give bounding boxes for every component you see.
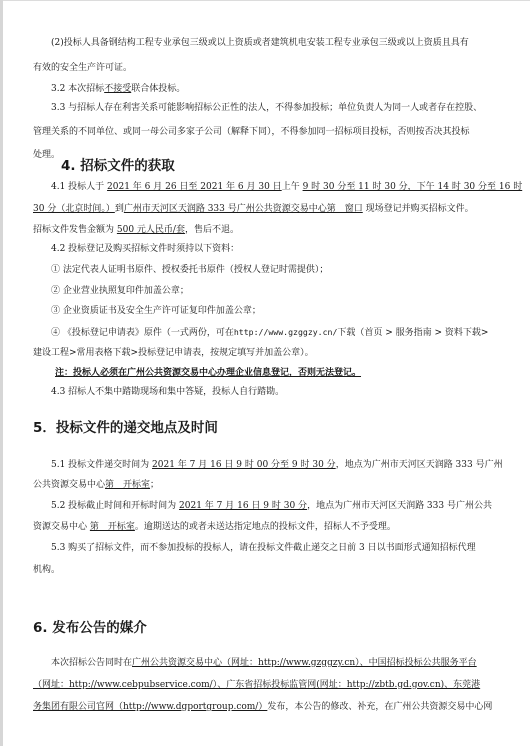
p52-time: 2021 年 7 月 16 日 9 时 30 分 <box>179 501 307 511</box>
paragraph-4-1-line2: 30 分（北京时间。）到广州市天河区天润路 333 号广州公共资源交易中心第 窗… <box>33 204 474 215</box>
list-item-4-2-2: ② 企业营业执照复印件加盖公章； <box>51 286 189 297</box>
p6-dgport-link[interactable]: 务集团有限公司官网（http://www.dgportgroup.com/） <box>33 702 267 712</box>
p41-suffix: 现场登记并购买招标文件。 <box>363 204 474 214</box>
p41-time-end: 30 分（北京时间。） <box>33 204 115 214</box>
p41-price-suffix: ，售后不退。 <box>185 225 239 235</box>
p6-cebpub-zbtb-link[interactable]: （网址：http://www.cebpubservice.com/）、广东省招标… <box>33 680 480 690</box>
p51-line2-suffix: ； <box>150 480 159 490</box>
p52-room: 第 开标室 <box>90 522 135 532</box>
paragraph-4-1-line1: 4.1 投标人于 2021 年 6 月 26 日至 2021 年 6 月 30 … <box>51 182 522 193</box>
paragraph-5-3-line1: 5.3 购买了招标文件，而不参加投标的投标人，请在投标文件截止递交之日前 3 日… <box>51 543 476 554</box>
section-4-heading: 4. 招标文件的获取 <box>61 158 175 174</box>
p6-line1-prefix: 本次招标公告同时在 <box>51 658 132 668</box>
p51-time: 2021 年 7 月 16 日 9 时 00 分至 9 时 30 分 <box>152 460 336 470</box>
p51-prefix: 5.1 投标文件递交时间为 <box>51 460 152 470</box>
p51-suffix: ，地点为广州市天河区天润路 333 号广州 <box>336 460 503 470</box>
page-top-edge <box>0 0 530 1</box>
section-6-heading: 6. 发布公告的媒介 <box>33 620 147 636</box>
list-item-4-2-4-line2: 建设工程>常用表格下载>投标登记申请表，按规定填写并加盖公章）。 <box>33 348 314 359</box>
p6-line3-suffix: 发布，本公告的修改、补充，在广州公共资源交易中心网 <box>267 702 492 712</box>
gzggzy-url: http://www.gzggzy.cn/ <box>234 327 338 337</box>
p41-price: 500 元人民币/套 <box>117 225 185 235</box>
p42-item4-suffix: 下载（首页 > 服务指南 > 资料下载> <box>337 328 488 338</box>
paragraph-5-2-line1: 5.2 投标截止时间和开标时间为 2021 年 7 月 16 日 9 时 30 … <box>51 501 492 512</box>
paragraph-6-line3: 务集团有限公司官网（http://www.dgportgroup.com/）发布… <box>33 702 492 713</box>
p32-prefix: 3.2 本次招标 <box>51 84 104 94</box>
list-item-4-2-4-line1: ④ 《投标登记申请表》原件（一式两份，可在http://www.gzggzy.c… <box>51 327 488 339</box>
paragraph-3-3-line2: 管理关系的不同单位、或同一母公司多家子公司（解释下同），不得参加同一招标项目投标… <box>33 127 470 138</box>
p51-line2-prefix: 公共资源交易中心 <box>33 480 105 490</box>
p32-not-accepted: 不接受 <box>104 84 131 94</box>
paragraph-5-3-line2: 机构。 <box>33 565 60 576</box>
paragraph-3-3-line1: 3.3 与招标人存在利害关系可能影响招标公正性的法人，不得参加投标；单位负责人为… <box>51 103 482 114</box>
p52-prefix: 5.2 投标截止时间和开标时间为 <box>51 501 179 511</box>
paragraph-6-line1: 本次招标公告同时在广州公共资源交易中心（网址：http://www.gzggzy… <box>51 658 477 669</box>
paragraph-4-1-line3: 招标文件发售金额为 500 元人民币/套，售后不退。 <box>33 225 239 236</box>
paragraph-3-1-2-line2: 有效的安全生产许可证。 <box>33 63 132 74</box>
list-item-4-2-1: ① 法定代表人证明书原件、授权委托书原件（授权人登记时需提供）； <box>51 265 328 276</box>
p32-suffix: 联合体投标。 <box>131 84 185 94</box>
p52-suffix: ，地点为广州市天河区天润路 333 号广州公共 <box>307 501 492 511</box>
p6-gzggzy-link[interactable]: 广州公共资源交易中心（网址：http://www.gzggzy.cn）、中国招标… <box>132 658 477 668</box>
paragraph-4-3: 4.3 招标人不集中踏勘现场和集中答疑，投标人自行踏勘。 <box>51 387 284 398</box>
section-5-heading: 5．投标文件的递交地点及时间 <box>33 420 218 436</box>
p52-line2-prefix: 资源交易中心 <box>33 522 90 532</box>
paragraph-3-2: 3.2 本次招标不接受联合体投标。 <box>51 84 185 95</box>
p51-room: 第 开标室 <box>105 480 150 490</box>
paragraph-4-2-intro: 4.2 投标登记及购买招标文件时须持以下资料： <box>51 244 239 255</box>
p42-item4-prefix: ④ 《投标登记申请表》原件（一式两份，可在 <box>51 328 234 338</box>
p41-to: 到 <box>115 204 124 214</box>
list-item-4-2-3: ③ 企业资质证书及安全生产许可证复印件加盖公章； <box>51 306 261 317</box>
p41-price-prefix: 招标文件发售金额为 <box>33 225 117 235</box>
p52-line2-suffix: 。逾期送达的或者未送达指定地点的投标文件，招标人不予受理。 <box>135 522 396 532</box>
p41-morning-label: 上午 <box>282 182 303 192</box>
paragraph-3-3-line3: 处理。 <box>33 150 60 161</box>
p41-time-range: 9 时 30 分至 11 时 30 分，下午 14 时 30 分至 16 时 <box>303 182 523 192</box>
registration-note: 注：投标人必须在广州公共资源交易中心办理企业信息登记，否则无法登记。 <box>55 368 361 379</box>
paragraph-5-1-line2: 公共资源交易中心第 开标室； <box>33 480 159 491</box>
p41-date-range: 2021 年 6 月 26 日至 2021 年 6 月 30 日 <box>107 182 282 192</box>
p41-prefix: 4.1 投标人于 <box>51 182 107 192</box>
paragraph-6-line2: （网址：http://www.cebpubservice.com/）、广东省招标… <box>33 680 480 691</box>
p41-place: 广州市天河区天润路 333 号广州公共资源交易中心第 窗口 <box>124 204 363 214</box>
paragraph-5-1-line1: 5.1 投标文件递交时间为 2021 年 7 月 16 日 9 时 00 分至 … <box>51 460 503 471</box>
paragraph-3-1-2-line1: (2)投标人具备钢结构工程专业承包三级或以上资质或者建筑机电安装工程专业承包三级… <box>51 38 469 49</box>
page-left-edge <box>0 0 3 746</box>
paragraph-5-2-line2: 资源交易中心 第 开标室。逾期送达的或者未送达指定地点的投标文件，招标人不予受理… <box>33 522 396 533</box>
